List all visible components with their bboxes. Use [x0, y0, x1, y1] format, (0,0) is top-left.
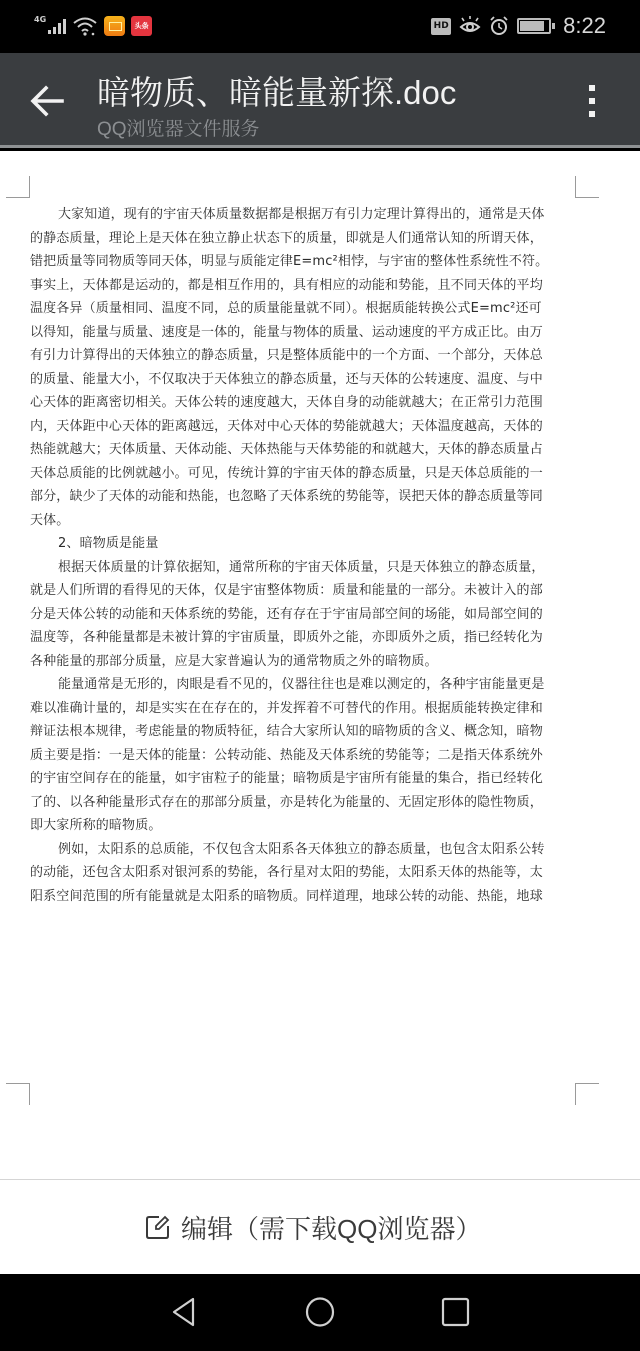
status-bar: 4G 头条 HD 8:22 [0, 0, 640, 53]
paragraph-line: 以得知，能量与质量、速度是一体的，能量与物体的质量、运动速度的平方成正比。由万 [30, 321, 570, 345]
paragraph-line: 质主要是指：一是天体的能量：公转动能、热能及天体系统的势能等；二是指天体系统外 [30, 744, 570, 768]
paragraph-line: 根据天体质量的计算依据知，通常所称的宇宙天体质量，只是天体独立的静态质量， [30, 556, 570, 580]
paragraph-line: 大家知道，现有的宇宙天体质量数据都是根据万有引力定理计算得出的，通常是天体 [30, 203, 570, 227]
paragraph-line: 的动能，还包含太阳系对银河系的势能，各行星对太阳的势能，太阳系天体的热能等，太 [30, 861, 570, 885]
paragraph-line: 就是人们所谓的看得见的天体，仅是宇宙整体物质：质量和能量的一部分。未被计入的部 [30, 579, 570, 603]
eye-icon [459, 16, 481, 36]
page-corner-mark [6, 176, 30, 198]
network-type: 4G [34, 15, 46, 24]
edit-icon [145, 1214, 171, 1240]
mail-app-icon [104, 16, 125, 36]
paragraph-line: 事实上，天体都是运动的，都是相互作用的，具有相应的动能和势能，且不同天体的平均 [30, 274, 570, 298]
section-heading: 2、暗物质是能量 [30, 532, 570, 556]
alarm-icon [489, 16, 509, 36]
edit-bar: 编辑（需下载QQ浏览器） [0, 1179, 640, 1274]
arrow-left-icon [28, 81, 68, 121]
nav-home-button[interactable] [302, 1296, 338, 1328]
paragraph-line: 的宇宙空间存在的能量，如宇宙粒子的能量；暗物质是宇宙所有能量的集合，指已经转化 [30, 767, 570, 791]
paragraph-line: 有引力计算得出的天体独立的静态质量，只是整体质能中的一个方面、一个部分，天体总 [30, 344, 570, 368]
paragraph-line: 阳系空间范围的所有能量就是太阳系的暗物质。同样道理，地球公转的动能、热能，地球 [30, 885, 570, 909]
more-vertical-icon [589, 85, 595, 91]
paragraph-line: 分是天体公转的动能和天体系统的势能，还有存在于宇宙局部空间的场能，如局部空间的 [30, 603, 570, 627]
hd-badge: HD [431, 18, 451, 35]
paragraph-line: 内，天体距中心天体的距离越远，天体对中心天体的势能就越大；天体温度越高，天体的 [30, 415, 570, 439]
back-button[interactable] [28, 81, 68, 121]
paragraph-line: 错把质量等同物质等同天体，明显与质能定律E=mc²相悖，与宇宙的整体性系统性不符… [30, 250, 570, 274]
paragraph-line: 部分，缺少了天体的动能和热能，也忽略了天体系统的势能等，误把天体的静态质量等同 [30, 485, 570, 509]
paragraph-line: 了的、以各种能量形式存在的那部分质量，亦是转化为能量的、无固定形体的隐性物质， [30, 791, 570, 815]
paragraph-line: 天体。 [30, 509, 570, 533]
system-nav-bar [0, 1274, 640, 1351]
paragraph-line: 心天体的距离密切相关。天体公转的速度越大，天体自身的动能就越大；在正常引力范围 [30, 391, 570, 415]
paragraph-line: 难以准确计量的，却是实实在在存在的，并发挥着不可替代的作用。根据质能转换定律和 [30, 697, 570, 721]
paragraph-line: 即大家所称的暗物质。 [30, 814, 570, 838]
paragraph-line: 温度等，各种能量都是未被计算的宇宙质量，即质外之能，亦即质外之质，指已经转化为 [30, 626, 570, 650]
wifi-icon [72, 16, 98, 36]
page-corner-mark [575, 176, 599, 198]
edit-label: 编辑（需下载QQ浏览器） [181, 1209, 481, 1246]
signal-icon [48, 18, 66, 34]
paragraph-line: 天体总质能的比例就越小。可见，传统计算的宇宙天体的静态质量，只是天体总质能的一 [30, 462, 570, 486]
nav-recents-icon [438, 1296, 474, 1328]
paragraph-line: 辩证法根本规律，考虑能量的物质特征，结合大家所认知的暗物质的含义、概念知，暗物 [30, 720, 570, 744]
status-right: HD 8:22 [431, 13, 606, 39]
status-left: 4G 头条 [34, 13, 152, 39]
document-title: 暗物质、暗能量新探.doc [97, 67, 456, 114]
more-options-button[interactable] [582, 81, 602, 121]
paragraph-line: 的质量、能量大小，不仅取决于天体独立的静态质量，还与天体的公转速度、温度、与中 [30, 368, 570, 392]
document-body: 大家知道，现有的宇宙天体质量数据都是根据万有引力定理计算得出的，通常是天体的静态… [30, 203, 570, 908]
page-corner-mark [6, 1083, 30, 1105]
app-toolbar: 暗物质、暗能量新探.doc QQ浏览器文件服务 [0, 53, 640, 148]
document-viewer[interactable]: 大家知道，现有的宇宙天体质量数据都是根据万有引力定理计算得出的，通常是天体的静态… [0, 151, 640, 1179]
clock: 8:22 [563, 13, 606, 39]
nav-recents-button[interactable] [438, 1296, 474, 1328]
page-corner-mark [575, 1083, 599, 1105]
battery-icon [517, 18, 551, 34]
news-app-icon: 头条 [131, 16, 152, 36]
paragraph-line: 的静态质量，理论上是天体在独立静止状态下的质量，即就是人们通常认知的所谓天体， [30, 227, 570, 251]
nav-back-icon [166, 1296, 202, 1328]
document-subtitle: QQ浏览器文件服务 [97, 114, 260, 141]
edit-button[interactable]: 编辑（需下载QQ浏览器） [145, 1210, 481, 1244]
nav-home-icon [302, 1296, 338, 1328]
paragraph-line: 温度各异（质量相同、温度不同，总的质量能量就不同）。根据质能转换公式E=mc²还… [30, 297, 570, 321]
paragraph-line: 各种能量的那部分质量，应是大家普遍认为的通常物质之外的暗物质。 [30, 650, 570, 674]
paragraph-line: 例如，太阳系的总质能，不仅包含太阳系各天体独立的静态质量，也包含太阳系公转 [30, 838, 570, 862]
paragraph-line: 热能就越大；天体质量、天体动能、天体热能与天体势能的和就越大，天体的静态质量占 [30, 438, 570, 462]
nav-back-button[interactable] [166, 1296, 202, 1328]
paragraph-line: 能量通常是无形的，肉眼是看不见的，仪器往往也是难以测定的，各种宇宙能量更是 [30, 673, 570, 697]
